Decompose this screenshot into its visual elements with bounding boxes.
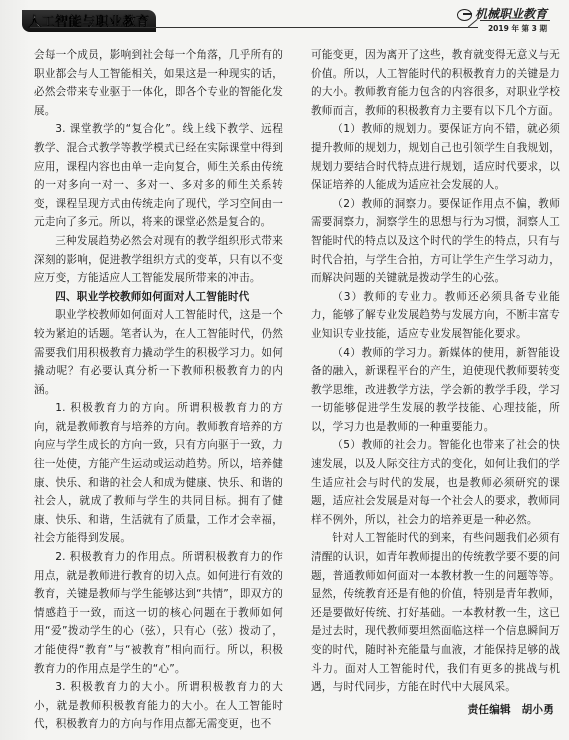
- right-column: 可能变更，因为离开了这些，教育就变得无意义与无价值。所以，人工智能时代的积极教育…: [311, 46, 560, 719]
- left-column: 会每一个成员，影响到社会每一个角落，几乎所有的职业都会与人工智能相关，如果这是一…: [34, 46, 283, 734]
- paragraph: （2）教师的洞察力。要保证作用点不偏，教师需要洞察力，洞察学生的思想与行为习惯，…: [311, 195, 560, 288]
- page-gutter: [0, 0, 30, 740]
- paragraph: （3）教师的专业力。教师还必须具备专业能力，能够了解专业发展趋势与发展方向，不断…: [311, 288, 560, 344]
- paragraph: 3. 积极教育力的大小。所谓积极教育力的大小，就是教师积极教育能力的大小。在人工…: [34, 678, 283, 734]
- journal-name: 机械职业教育: [457, 5, 547, 22]
- paragraph: 可能变更，因为离开了这些，教育就变得无意义与无价值。所以，人工智能时代的积极教育…: [311, 46, 560, 120]
- paragraph: （1）教师的规划力。要保证方向不错，就必须提升教师的规划力，规划自己也引领学生自…: [311, 120, 560, 194]
- paragraph: （4）教师的学习力。新媒体的使用，新智能设备的融入，新课程平台的产生，迫使现代教…: [311, 344, 560, 437]
- section-heading: 四、职业学校教师如何面对人工智能时代: [34, 288, 283, 307]
- section-title: 人工智能与职业教育: [22, 10, 156, 32]
- page-header: 人工智能与职业教育 机械职业教育 2019 年 第 3 期: [0, 0, 569, 40]
- paragraph: （5）教师的社会力。智能化也带来了社会的快速发展，以及人际交往方式的变化，如何让…: [311, 436, 560, 529]
- paragraph: 职业学校教师如何面对人工智能时代，这是一个较为紧迫的话题。笔者认为，在人工智能时…: [34, 306, 283, 399]
- paragraph: 3. 课堂教学的“复合化”。线上线下教学、远程教学、混合式教学等教学模式已经在实…: [34, 120, 283, 232]
- paragraph: 三种发展趋势必然会对现有的教学组织形式带来深刻的影响，促进教学组织方式的变革，只…: [34, 232, 283, 288]
- editor-credit: 责任编辑 胡小勇: [311, 701, 560, 720]
- journal-logo-icon: [457, 9, 472, 21]
- paragraph: 1. 积极教育力的方向。所谓积极教育力的方向，就是教师教育与培养的方向。教师教育…: [34, 399, 283, 548]
- journal-name-text: 机械职业教育: [475, 7, 547, 21]
- paragraph: 会每一个成员，影响到社会每一个角落，几乎所有的职业都会与人工智能相关，如果这是一…: [34, 46, 283, 120]
- paragraph: 针对人工智能时代的到来，有些问题我们必须有清醒的认识，如青年教师提出的传统教学要…: [311, 529, 560, 696]
- header-divider: [30, 27, 478, 28]
- issue-info: 2019 年 第 3 期: [488, 23, 547, 34]
- paragraph: 2. 积极教育力的作用点。所谓积极教育力的作用点，就是教师进行教育的切入点。如何…: [34, 548, 283, 678]
